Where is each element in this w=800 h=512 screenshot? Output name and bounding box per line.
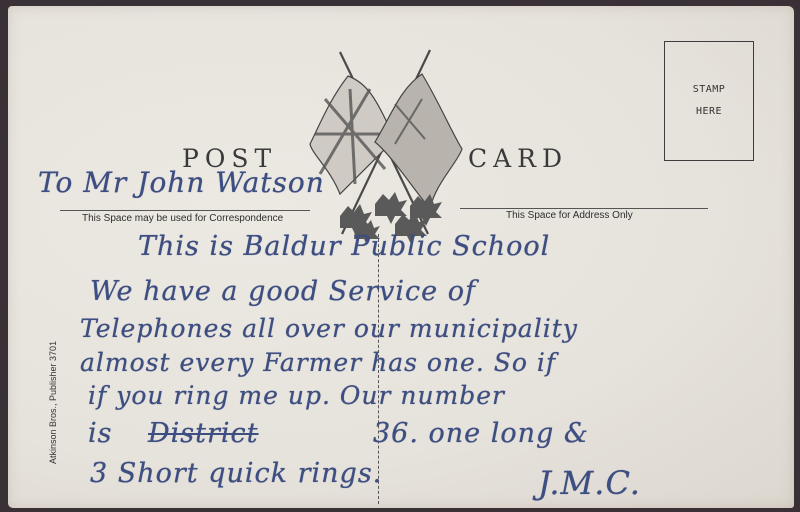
address-rule — [460, 208, 708, 209]
stamp-box: STAMP HERE — [664, 41, 754, 161]
publisher-imprint: Atkinson Bros., Publisher 3701 — [48, 341, 58, 464]
message-line-3: Telephones all over our municipality — [80, 314, 578, 343]
message-line-7: 3 Short quick rings. — [90, 458, 382, 489]
message-struck-word: District — [148, 418, 259, 449]
stamp-label-line1: STAMP — [693, 79, 726, 101]
postcard-back: POST CARD This Space may be used for Cor… — [8, 6, 794, 508]
crossed-flags-icon — [300, 44, 470, 244]
signature: J.M.C. — [538, 464, 641, 502]
message-line-2: We have a good Service of — [90, 276, 476, 307]
message-line-6-suffix: 36. one long & — [373, 418, 589, 449]
card-heading: CARD — [468, 144, 568, 173]
message-line-1: This is Baldur Public School — [138, 231, 550, 262]
stamp-label-line2: HERE — [696, 101, 722, 123]
message-line-6-prefix: is — [88, 418, 113, 449]
message-line-4: almost every Farmer has one. So if — [80, 348, 556, 377]
salutation: To Mr John Watson — [38, 166, 325, 199]
correspondence-caption: This Space may be used for Correspondenc… — [82, 213, 283, 224]
address-caption: This Space for Address Only — [506, 210, 633, 221]
correspondence-rule — [60, 210, 310, 211]
message-line-5: if you ring me up. Our number — [88, 381, 505, 410]
